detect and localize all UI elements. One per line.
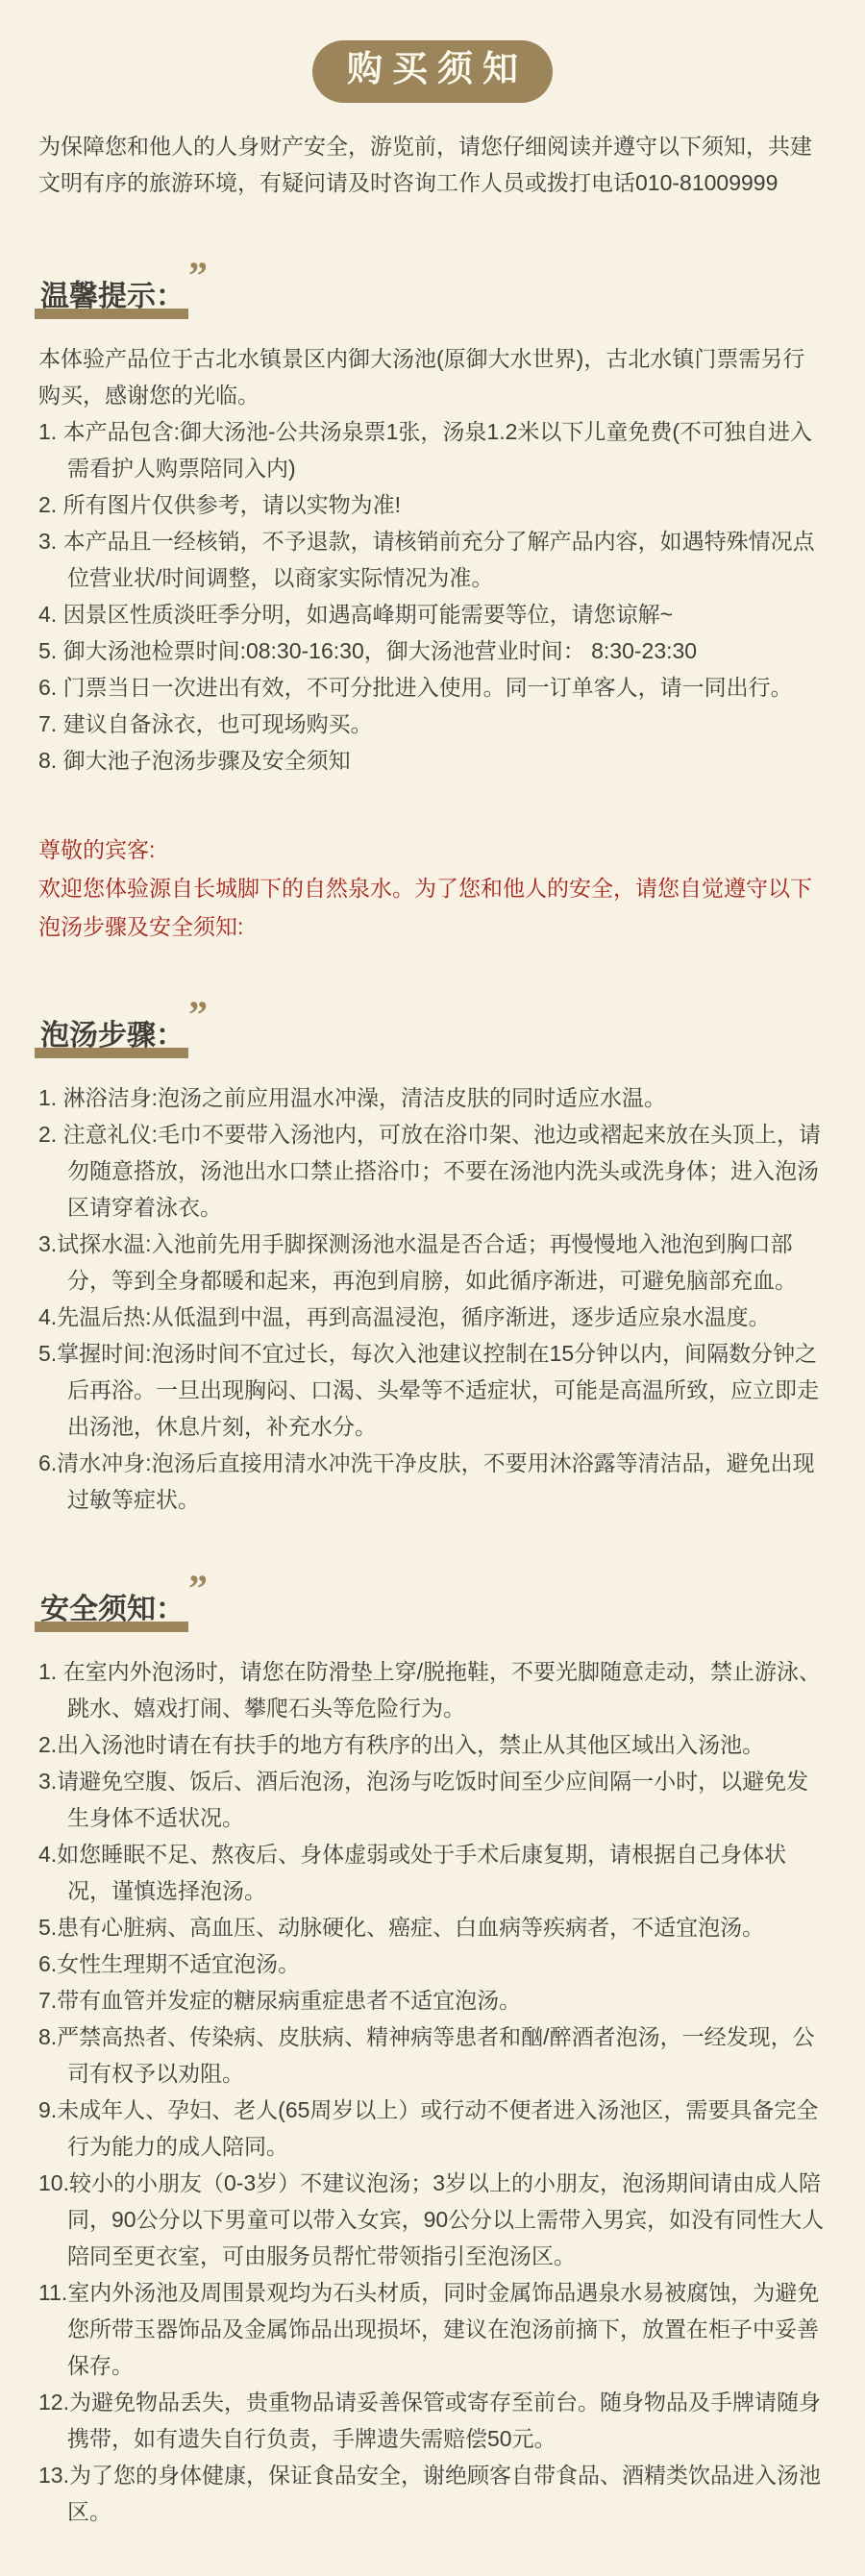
quote-mark-icon: ” (188, 1567, 206, 1610)
red-notice-body: 欢迎您体验源自长城脚下的自然泉水。为了您和他人的安全，请您自觉遵守以下泡汤步骤及… (38, 869, 827, 946)
list-item: 7.带有血管并发症的糖尿病重症患者不适宜泡汤。 (38, 1982, 827, 2019)
list-item: 9.未成年人、孕妇、老人(65周岁以上）或行动不便者进入汤池区，需要具备完全行为… (38, 2092, 827, 2165)
list-item: 2. 注意礼仪:毛巾不要带入汤池内，可放在浴巾架、池边或褶起来放在头顶上，请勿随… (38, 1116, 827, 1226)
page-title-badge: 购买须知 (312, 40, 553, 103)
list-item: 1. 淋浴洁身:泡汤之前应用温水冲澡，清洁皮肤的同时适应水温。 (38, 1079, 827, 1116)
safety-section-title: 安全须知： (38, 1596, 186, 1628)
purchase-notice-page: 购买须知 为保障您和他人的人身财产安全，游览前，请您仔细阅读并遵守以下须知，共建… (0, 0, 865, 2576)
section-steps: 泡汤步骤：” 1. 淋浴洁身:泡汤之前应用温水冲澡，清洁皮肤的同时适应水温。 2… (38, 996, 827, 1518)
list-item: 11.室内外汤池及周围景观均为石头材质，同时金属饰品遇泉水易被腐蚀，为避免您所带… (38, 2274, 827, 2384)
list-item: 5. 御大汤池检票时间:08:30-16:30，御大汤池营业时间： 8:30-2… (38, 632, 827, 669)
list-item: 1. 在室内外泡汤时，请您在防滑垫上穿/脱拖鞋，不要光脚随意走动，禁止游泳、跳水… (38, 1653, 827, 1726)
list-item: 4. 因景区性质淡旺季分明，如遇高峰期可能需要等位，请您谅解~ (38, 596, 827, 632)
tips-section-title: 温馨提示： (38, 283, 186, 315)
list-item: 7. 建议自备泳衣，也可现场购买。 (38, 706, 827, 742)
red-guest-notice: 尊敬的宾客: 欢迎您体验源自长城脚下的自然泉水。为了您和他人的安全，请您自觉遵守… (38, 830, 827, 946)
list-item: 3.请避免空腹、饭后、酒后泡汤，泡汤与吃饭时间至少应间隔一小时，以避免发生身体不… (38, 1763, 827, 1836)
intro-paragraph: 为保障您和他人的人身财产安全，游览前，请您仔细阅读并遵守以下须知，共建文明有序的… (38, 128, 827, 201)
list-item: 10.较小的小朋友（0-3岁）不建议泡汤；3岁以上的小朋友，泡汤期间请由成人陪同… (38, 2165, 827, 2274)
list-item: 5.掌握时间:泡汤时间不宜过长，每次入池建议控制在15分钟以内，间隔数分钟之后再… (38, 1335, 827, 1445)
list-item: 2.出入汤池时请在有扶手的地方有秩序的出入，禁止从其他区域出入汤池。 (38, 1726, 827, 1763)
quote-mark-icon: ” (188, 254, 206, 297)
list-item: 3. 本产品且一经核销，不予退款，请核销前充分了解产品内容，如遇特殊情况点位营业… (38, 523, 827, 596)
tips-section-header: 温馨提示：” (38, 257, 827, 315)
steps-section-header: 泡汤步骤：” (38, 996, 827, 1054)
tips-lead-paragraph: 本体验产品位于古北水镇景区内御大汤池(原御大水世界)，古北水镇门票需另行购买，感… (38, 340, 827, 413)
list-item: 6. 门票当日一次进出有效，不可分批进入使用。同一订单客人，请一同出行。 (38, 669, 827, 706)
section-safety: 安全须知：” 1. 在室内外泡汤时，请您在防滑垫上穿/脱拖鞋，不要光脚随意走动，… (38, 1570, 827, 2530)
red-notice-salutation: 尊敬的宾客: (38, 830, 827, 869)
quote-mark-icon: ” (188, 993, 206, 1036)
list-item: 4.先温后热:从低温到中温，再到高温浸泡，循序渐进，逐步适应泉水温度。 (38, 1299, 827, 1335)
list-item: 1. 本产品包含:御大汤池-公共汤泉票1张，汤泉1.2米以下儿童免费(不可独自进… (38, 413, 827, 486)
list-item: 8.严禁高热者、传染病、皮肤病、精神病等患者和酗/醉酒者泡汤，一经发现，公司有权… (38, 2019, 827, 2092)
list-item: 6.清水冲身:泡汤后直接用清水冲洗干净皮肤，不要用沐浴露等清洁品，避免出现过敏等… (38, 1445, 827, 1518)
list-item: 12.为避免物品丢失，贵重物品请妥善保管或寄存至前台。随身物品及手牌请随身携带，… (38, 2384, 827, 2457)
list-item: 3.试探水温:入池前先用手脚探测汤池水温是否合适；再慢慢地入池泡到胸口部分，等到… (38, 1226, 827, 1299)
list-item: 4.如您睡眠不足、熬夜后、身体虚弱或处于手术后康复期，请根据自己身体状况，谨慎选… (38, 1836, 827, 1909)
list-item: 5.患有心脏病、高血压、动脉硬化、癌症、白血病等疾病者，不适宜泡汤。 (38, 1909, 827, 1945)
list-item: 6.女性生理期不适宜泡汤。 (38, 1945, 827, 1982)
list-item: 13.为了您的身体健康，保证食品安全，谢绝顾客自带食品、酒精类饮品进入汤池区。 (38, 2457, 827, 2530)
section-tips: 温馨提示：” 本体验产品位于古北水镇景区内御大汤池(原御大水世界)，古北水镇门票… (38, 257, 827, 779)
badge-container: 购买须知 (38, 40, 827, 103)
steps-section-title: 泡汤步骤： (38, 1022, 186, 1054)
list-item: 8. 御大池子泡汤步骤及安全须知 (38, 742, 827, 779)
safety-section-header: 安全须知：” (38, 1570, 827, 1628)
list-item: 2. 所有图片仅供参考，请以实物为准! (38, 486, 827, 523)
